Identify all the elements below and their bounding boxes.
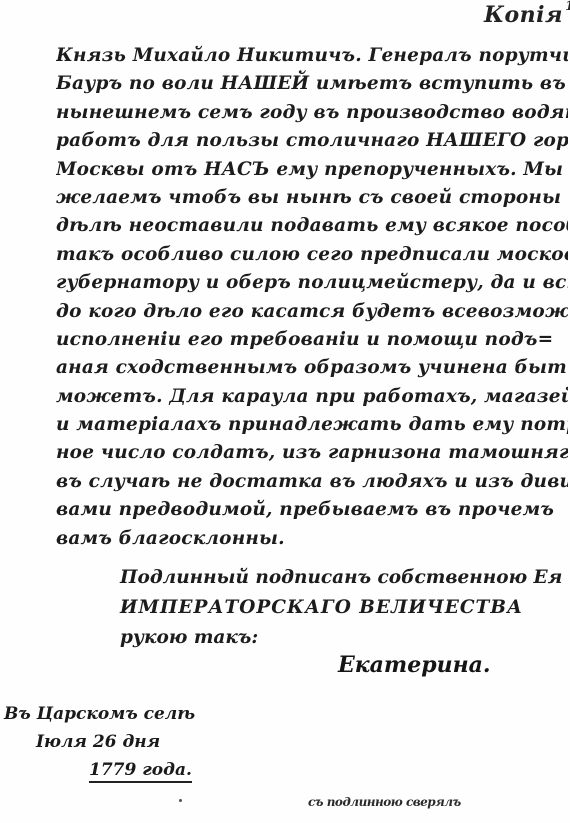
attestation-line: Подлинный подписанъ собственною Ея [120, 563, 570, 593]
attestation-line-majesty: ИМПЕРАТОРСКАГО ВЕЛИЧЕСТВА [120, 593, 570, 623]
body-line: губернатору и оберъ полицмейстеру, да и … [56, 269, 568, 297]
date-line: Іюля 26 дня [4, 728, 234, 756]
signature-attestation: Подлинный подписанъ собственною Ея ИМПЕР… [120, 563, 570, 653]
body-line: нынешнемъ семъ году въ производство водя… [56, 99, 568, 127]
body-line: вами предводимой, пребываемъ въ прочемъ [56, 496, 568, 524]
body-line: вамъ благосклонны. [56, 525, 568, 553]
body-line: до кого дѣло его касатся будетъ всевозмо… [56, 298, 568, 326]
body-line: въ случаѣ не достатка въ людяхъ и изъ ди… [56, 468, 568, 496]
decree-body-text: Князь Михайло Никитичъ. Генералъ порутчи… [56, 42, 568, 553]
empress-signature: Екатерина. [338, 652, 491, 678]
countersignature-scribble: съ подлинною сверялъ [308, 795, 461, 809]
body-line: работъ для пользы столичнаго НАШЕГО горо… [56, 127, 568, 155]
body-line: можетъ. Для караула при работахъ, магазе… [56, 383, 568, 411]
body-line: исполненіи его требованіи и помощи подъ= [56, 326, 568, 354]
body-line: желаемъ чтобъ вы нынѣ съ своей стороны в… [56, 184, 568, 212]
body-line: дѣлѣ неоставили подавать ему всякое посо… [56, 212, 568, 240]
place-and-date: Въ Царскомъ селѣ Іюля 26 дня 1779 года. [4, 700, 234, 784]
copy-label: Копія [484, 2, 563, 28]
body-line: аная сходственнымъ образомъ учинена быть [56, 354, 568, 382]
body-line: и матеріалахъ принадлежать дать ему потр… [56, 411, 568, 439]
attestation-line: рукою такъ: [120, 623, 570, 653]
body-line: такъ особливо силою сего предписали моск… [56, 241, 568, 269]
ink-speck [179, 799, 182, 802]
place-line: Въ Царскомъ селѣ [4, 700, 234, 728]
body-line: Москвы отъ НАСЪ ему препорученныхъ. Мы [56, 156, 568, 184]
page-number: 10 [565, 0, 570, 14]
body-line: Князь Михайло Никитичъ. Генералъ порутчи… [56, 42, 568, 70]
year-text: 1779 года. [89, 760, 192, 783]
body-line: ное число солдатъ, изъ гарнизона тамошня… [56, 439, 568, 467]
copy-header-mark: Копія10 [484, 2, 570, 28]
body-line: Бауръ по воли НАШЕЙ имѣетъ вступить въ [56, 70, 568, 98]
scanned-document-page: Копія10 Князь Михайло Никитичъ. Генералъ… [0, 0, 570, 823]
year-line: 1779 года. [4, 756, 234, 784]
